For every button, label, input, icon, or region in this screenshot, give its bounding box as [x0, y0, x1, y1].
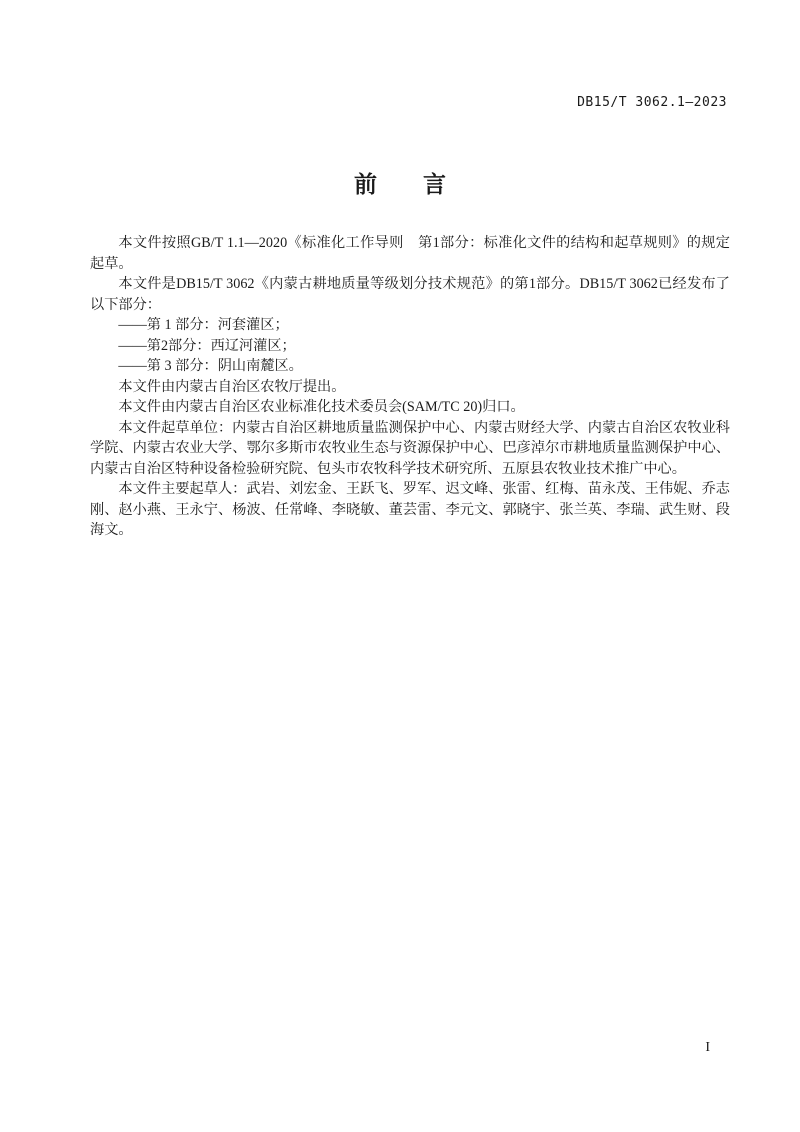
paragraph: 本文件主要起草人：武岩、刘宏金、王跃飞、罗军、迟文峰、张雷、红梅、苗永茂、王伟妮… — [90, 479, 730, 541]
paragraph: 本文件是DB15/T 3062《内蒙古耕地质量等级划分技术规范》的第1部分。DB… — [90, 274, 730, 315]
paragraph: 本文件起草单位：内蒙古自治区耕地质量监测保护中心、内蒙古财经大学、内蒙古自治区农… — [90, 418, 730, 480]
paragraph: 本文件按照GB/T 1.1—2020《标准化工作导则 第1部分：标准化文件的结构… — [90, 233, 730, 274]
paragraph: ——第2部分：西辽河灌区； — [90, 336, 730, 357]
paragraph: 本文件由内蒙古自治区农业标准化技术委员会(SAM/TC 20)归口。 — [90, 397, 730, 418]
paragraph: ——第 3 部分：阴山南麓区。 — [90, 356, 730, 377]
page-title: 前 言 — [0, 166, 800, 199]
standard-code: DB15/T 3062.1—2023 — [577, 95, 727, 110]
document-page: DB15/T 3062.1—2023 前 言 本文件按照GB/T 1.1—202… — [0, 0, 800, 1132]
paragraph: 本文件由内蒙古自治区农牧厅提出。 — [90, 377, 730, 398]
body-text: 本文件按照GB/T 1.1—2020《标准化工作导则 第1部分：标准化文件的结构… — [90, 233, 730, 541]
page-number: I — [705, 1040, 710, 1056]
paragraph: ——第 1 部分：河套灌区； — [90, 315, 730, 336]
